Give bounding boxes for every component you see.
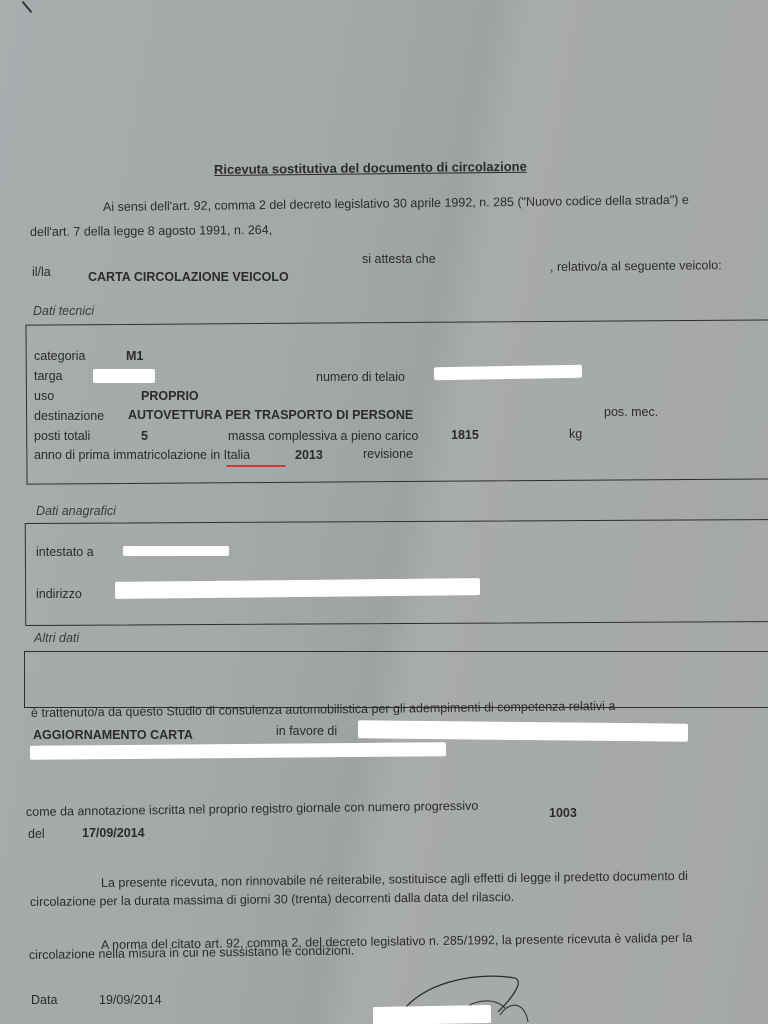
validita-p1-line2: circolazione per la durata massima di gi… (30, 890, 514, 909)
del-value: 17/09/2014 (82, 826, 145, 840)
targa-redacted (93, 369, 155, 383)
uso-label: uso (34, 389, 54, 403)
registro-text: come da annotazione iscritta nel proprio… (26, 799, 478, 819)
destinazione-label: destinazione (34, 409, 104, 423)
intro-line-2: dell'art. 7 della legge 8 agosto 1991, n… (30, 223, 272, 239)
pen-mark-icon (22, 1, 33, 13)
data-value: 19/09/2014 (99, 993, 162, 1007)
il-la-label: il/la (32, 265, 51, 279)
favore-label: in favore di (276, 724, 337, 738)
telaio-redacted (434, 365, 582, 381)
oggetto-value: AGGIORNAMENTO CARTA (33, 728, 193, 742)
massa-value: 1815 (451, 428, 479, 442)
categoria-value: M1 (126, 349, 143, 363)
dati-anagrafici-box (25, 519, 768, 626)
dati-anagrafici-heading: Dati anagrafici (36, 504, 116, 518)
posti-label: posti totali (34, 429, 90, 443)
relativo-text: , relativo/a al seguente veicolo: (550, 258, 722, 274)
uso-value: PROPRIO (141, 389, 199, 403)
posti-value: 5 (141, 429, 148, 443)
il-la-value: CARTA CIRCOLAZIONE VEICOLO (88, 270, 289, 284)
indirizzo-label: indirizzo (36, 587, 82, 601)
del-label: del (28, 827, 45, 841)
page-title: Ricevuta sostitutiva del documento di ci… (214, 159, 527, 177)
red-underline-mark (226, 465, 286, 467)
altri-dati-box (24, 651, 768, 708)
validita-p2-line2: circolazione nella misura in cui ne suss… (29, 943, 354, 962)
anno-value: 2013 (295, 448, 323, 462)
intro-line-1: Ai sensi dell'art. 92, comma 2 del decre… (103, 193, 689, 214)
registro-numero: 1003 (549, 806, 577, 820)
signature-name-redacted (373, 1005, 491, 1024)
intestato-redacted (123, 546, 229, 556)
favore-redacted-1 (358, 720, 688, 741)
intestato-label: intestato a (36, 545, 94, 559)
pos-mec-label: pos. mec. (604, 405, 658, 419)
targa-label: targa (34, 369, 63, 383)
anno-label: anno di prima immatricolazione in Italia (34, 448, 250, 462)
validita-p1-line1: La presente ricevuta, non rinnovabile né… (101, 869, 688, 890)
categoria-label: categoria (34, 349, 85, 363)
favore-redacted-2 (30, 742, 446, 760)
telaio-label: numero di telaio (316, 370, 405, 384)
massa-unit: kg (569, 427, 582, 441)
revisione-label: revisione (363, 447, 413, 461)
destinazione-value: AUTOVETTURA PER TRASPORTO DI PERSONE (128, 408, 413, 422)
attesta-text: si attesta che (362, 252, 436, 266)
dati-tecnici-heading: Dati tecnici (33, 304, 94, 318)
altri-dati-heading: Altri dati (34, 631, 79, 645)
massa-label: massa complessiva a pieno carico (228, 429, 418, 443)
data-label: Data (31, 993, 57, 1007)
